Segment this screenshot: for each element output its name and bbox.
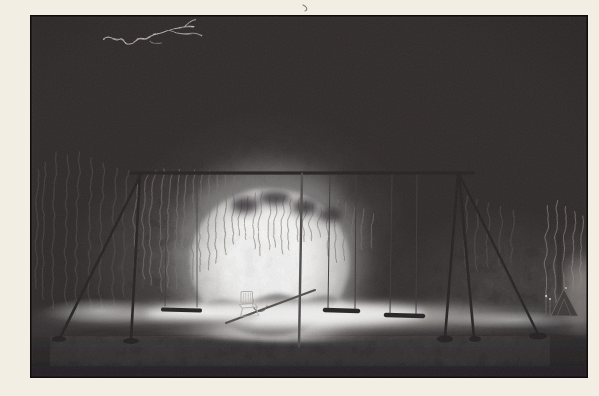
film-grain: [30, 15, 588, 378]
postcard: [0, 0, 599, 396]
ink-mark: [300, 3, 312, 13]
ink-mark-stroke: [303, 5, 307, 11]
photo-frame: [30, 15, 588, 378]
night-photo: [30, 15, 588, 378]
